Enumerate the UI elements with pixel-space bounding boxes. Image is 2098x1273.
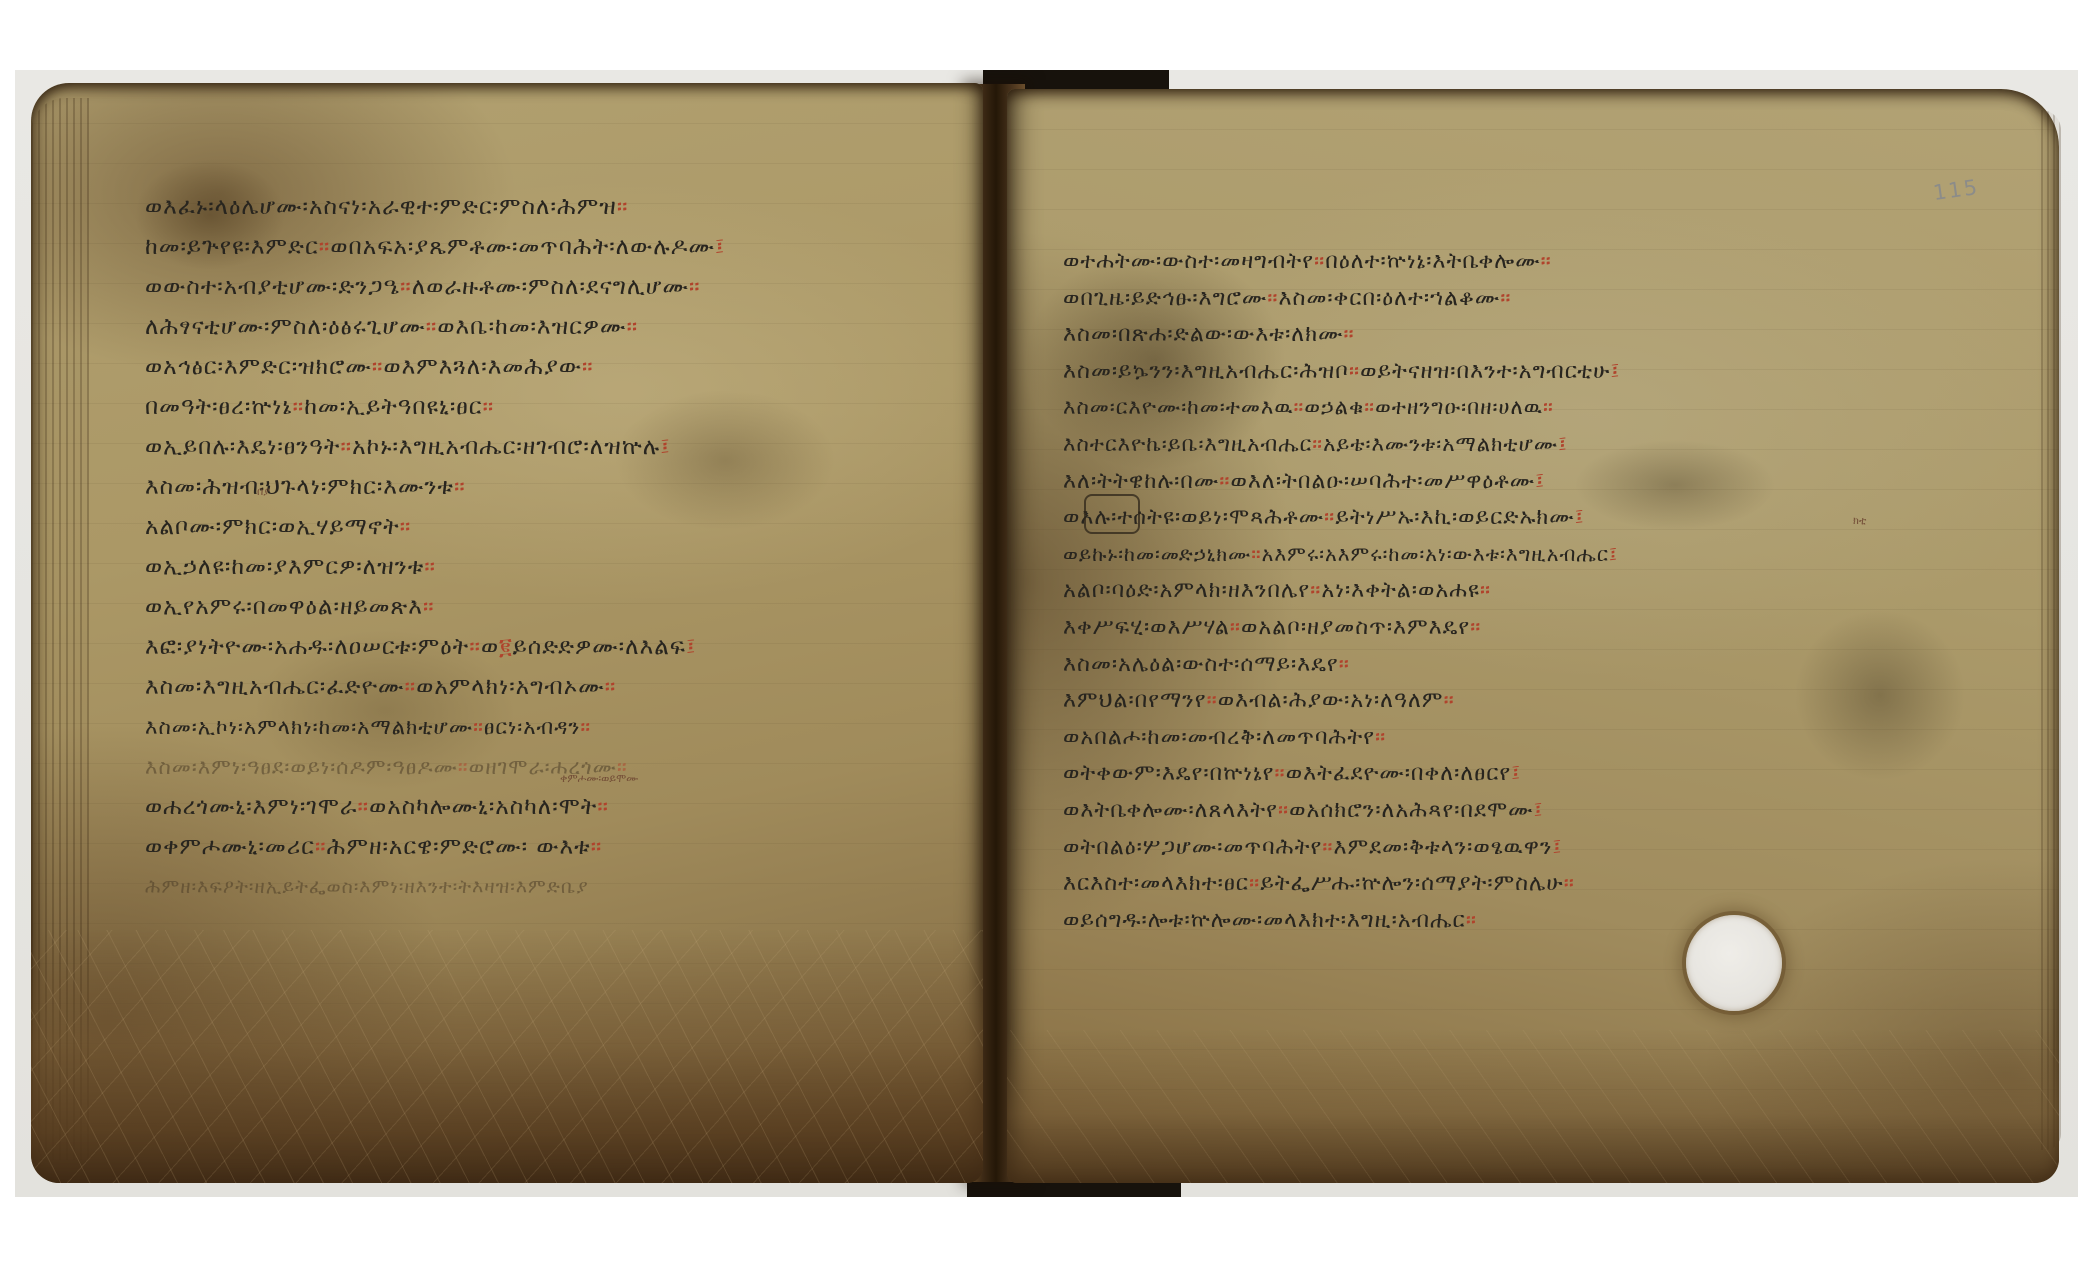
- manuscript-text-line: እፎ፡ያነትዮሙ፡አሐዱ፡ለዐሠርቱ፡ምዕት።ወ፪ይሰድድዎሙ፡ለእልፍ፤: [145, 630, 725, 670]
- manuscript-text-line: ወኢኃለዩ፡ከመ፡ያእምርዎ፡ለዝንቱ።: [145, 550, 725, 590]
- interlinear-gloss: በያ: [257, 485, 270, 499]
- photo: ወእፈኑ፡ላዕሌሆሙ፡አስናነ፡አራዊተ፡ምድር፡ምስለ፡ሕምዝ።ከመ፡ይጕየዩ…: [15, 70, 2078, 1197]
- manuscript-text-line: እስመ፡በጽሐ፡ድልው፡ውእቱ፡ለክሙ።: [1063, 319, 1620, 356]
- interlinear-gloss: ቀምሖሙ፡ወይሞሙ: [560, 772, 638, 786]
- manuscript-text-line: ወውስተ፡አብያቲሆሙ፡ድንጋዔ።ለወራዙቶሙ፡ምስለ፡ደናግሊሆሙ።: [145, 270, 725, 310]
- manuscript-text-line: አልቦ፡ባዕድ፡አምላክ፡ዘእንበሌየ።አነ፡እቀትል፡ወአሐዩ።: [1063, 575, 1620, 612]
- manuscript-text-line: እስተርእዮኬ፡ይቤ፡እግዚአብሔር።አይቴ፡እሙንቱ፡አማልክቲሆሙ፤: [1063, 429, 1620, 466]
- manuscript-text-line: እምህል፡በየማንየ።ወእብል፡ሕያው፡አነ፡ለዓለም።: [1063, 685, 1620, 722]
- page-edge-stack-right: [2041, 110, 2061, 1150]
- manuscript-text-line: ወሐረጎሙኒ፡እምነ፡ገሞራ።ወአስካሎሙኒ፡አስካለ፡ሞት።: [145, 790, 725, 830]
- manuscript-text-line: እቀሥፍሂ፡ወእሥሃል።ወአልቦ፡ዘያመስጥ፡እምእዴየ።: [1063, 612, 1620, 649]
- manuscript-text-line: አልቦሙ፡ምክር፡ወኢሃይማኖት።: [145, 510, 725, 550]
- manuscript-text-line: ለሕፃናቲሆሙ፡ምስለ፡ዕፅሩጊሆሙ።ወእቤ፡ከመ፡እዝርዎሙ።: [145, 310, 725, 350]
- manuscript-text-line: ወይኩኑ፡ከመ፡መድኃኒክሙ።አእምሩ፡አእምሩ፡ከመ፡አነ፡ውእቱ፡እግዚአብ…: [1063, 539, 1620, 576]
- manuscript-text-line: እስመ፡ሕዝብ፡ህጉላነ፡ምክር፡እሙንቱ።: [145, 470, 725, 510]
- manuscript-text-line: ወተሐትሙ፡ውስተ፡መዛግብትየ።በዕለተ፡ኵነኔ፡እትቤቀሎሙ።: [1063, 246, 1620, 283]
- manuscript-text-line: ወእትቤቀሎሙ፡ለጸላእትየ።ወአሰክሮን፡ለአሕጻየ፡በደሞሙ፤: [1063, 795, 1620, 832]
- manuscript-text-line: ወእፈኑ፡ላዕሌሆሙ፡አስናነ፡አራዊተ፡ምድር፡ምስለ፡ሕምዝ።: [145, 190, 725, 230]
- manuscript-text-line: ሕምዘ፡እፍዖት፡ዘኢይትፌወስ፡እምነ፡ዘእንተ፡ትእዛዝ፡እምድቤያ: [145, 870, 725, 910]
- manuscript-text-line: ወአኅፅር፡እምድር፡ዝክሮሙ።ወእምእጓለ፡እመሕያው።: [145, 350, 725, 390]
- interlinear-gloss: ክቲ: [1853, 514, 1866, 528]
- manuscript-text-line: ወአበልሖ፡ከመ፡መብረቅ፡ለመጥባሕትየ።: [1063, 722, 1620, 759]
- manuscript-text-line: ወቀምሖሙኒ፡መሪር።ሕምዘ፡አርዌ፡ምድሮሙ፡ ውእቱ።: [145, 830, 725, 870]
- manuscript-text-line: በመዓት፡ፀረ፡ኵነኔ።ከመ፡ኢይትዓበዩኒ፡ፀር።: [145, 390, 725, 430]
- ink-circled-word: [1084, 494, 1140, 534]
- manuscript-text-line: ወትቀውም፡እዴየ፡በኵነኔየ።ወእትፈደዮሙ፡በቀለ፡ለፀርየ፤: [1063, 758, 1620, 795]
- manuscript-text-line: እለ፡ትትዌከሉ፡በሙ።ወእለ፡ትበልዑ፡ሠባሕተ፡መሥዋዕቶሙ፤: [1063, 466, 1620, 503]
- manuscript-text-line: ወእሉ፡ተሰትዩ፡ወይነ፡ሞጻሕቶሙ።ይትነሥኡ፡እኪ፡ወይርድኡክሙ፤: [1063, 502, 1620, 539]
- page-edge-stack-left: [31, 98, 89, 1160]
- manuscript-text-line: ወኢይበሉ፡እዴነ፡ፀንዓት።አኮኑ፡እግዚአብሔር፡ዘገብሮ፡ለዝኵሉ፤: [145, 430, 725, 470]
- right-page-text: ወተሐትሙ፡ውስተ፡መዛግብትየ።በዕለተ፡ኵነኔ፡እትቤቀሎሙ።ወበጊዜ፡ይድ…: [1063, 246, 1620, 941]
- manuscript-text-line: እስመ፡አሌዕል፡ውስተ፡ሰማይ፡እዴየ።: [1063, 649, 1620, 686]
- manuscript-photo-page: { "document": { "kind": "Ethiopic (Ge'ez…: [0, 0, 2098, 1273]
- parchment-hole: [1686, 915, 1782, 1011]
- manuscript-text-line: ከመ፡ይጕየዩ፡እምድር።ወበአፍአ፡ያጼምቶሙ፡መጥባሕት፡ለውሉዶሙ፤: [145, 230, 725, 270]
- manuscript-text-line: እስመ፡እግዚአብሔር፡ፈድዮሙ።ወአምላክነ፡አግብኦሙ።: [145, 670, 725, 710]
- manuscript-text-line: ወበጊዜ፡ይድኅፁ፡እግሮሙ።እስመ፡ቀርበ፡ዕለተ፡ኀልቆሙ።: [1063, 283, 1620, 320]
- manuscript-text-line: እስመ፡ይኴንን፡እግዚአብሔር፡ሕዝቦ።ወይትናዘዝ፡በእንተ፡አግብርቲሁ፤: [1063, 356, 1620, 393]
- manuscript-text-line: ወይሰግዱ፡ሎቱ፡ኵሎሙ፡መላእክተ፡እግዚ፡አብሔር።: [1063, 905, 1620, 942]
- manuscript-text-line: እስመ፡ኢኮነ፡አምላክነ፡ከመ፡አማልክቲሆሙ።ፀርነ፡አብዳን።: [145, 710, 725, 750]
- manuscript-text-line: እስመ፡ርእዮሙ፡ከመ፡ተመእዉ።ወኃልቁ።ወተዘንግዑ፡በዘ፡ሀለዉ።: [1063, 392, 1620, 429]
- manuscript-text-line: ወኢየአምሩ፡በመዋዕል፡ዘይመጽእ።: [145, 590, 725, 630]
- manuscript-text-line: እርእስተ፡መላእክተ፡ፀር።ይትፌሥሑ፡ኵሎን፡ሰማያት፡ምስሌሁ።: [1063, 868, 1620, 905]
- left-page-text: ወእፈኑ፡ላዕሌሆሙ፡አስናነ፡አራዊተ፡ምድር፡ምስለ፡ሕምዝ።ከመ፡ይጕየዩ…: [145, 190, 725, 910]
- manuscript-text-line: ወትበልዕ፡ሦጋሆሙ፡መጥባሕትየ።እምደመ፡ቅቱላን፡ወፄዉዋን፤: [1063, 832, 1620, 869]
